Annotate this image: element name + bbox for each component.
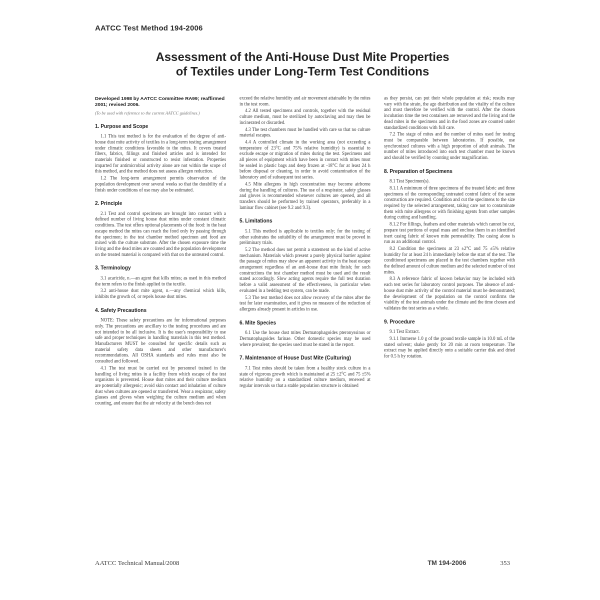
- paragraph: 9.1.1 Immerse 1.0 g of the ground textil…: [384, 336, 515, 359]
- paragraph: 4.3 The test chambers must be handled wi…: [240, 127, 371, 139]
- section-heading: 4. Safety Precautions: [95, 308, 226, 314]
- doc-header-label: AATCC Test Method 194-2006: [95, 24, 203, 33]
- section-heading: 6. Mite Species: [240, 320, 371, 326]
- section-heading: 3. Terminology: [95, 266, 226, 272]
- document-page: AATCC Test Method 194-2006 Assessment of…: [0, 0, 600, 600]
- section-heading: 1. Purpose and Scope: [95, 124, 226, 130]
- paragraph: 4.1 The test must be carried out by pers…: [95, 366, 226, 407]
- footer-doc-number: TM 194-2006: [428, 559, 467, 567]
- page-body: AATCC Test Method 194-2006 Assessment of…: [0, 0, 600, 600]
- paragraph: 8.3 A reference fabric of known behavior…: [384, 277, 515, 312]
- text-column-2: exceed the relative humidity and air mov…: [240, 96, 371, 554]
- section-heading: 2. Principle: [95, 201, 226, 207]
- paragraph: 8.1.1 A minimum of three specimens of th…: [384, 186, 515, 221]
- doc-title: Assessment of the Anti-House Dust Mite P…: [95, 50, 510, 79]
- section-heading: 5. Limitations: [240, 219, 371, 225]
- text-columns: Developed 1998 by AATCC Committee RA99; …: [0, 96, 600, 554]
- revision-note: (To be used with reference to the curren…: [95, 111, 226, 117]
- paragraph: 9.1 Test Extract.: [384, 330, 515, 336]
- section-heading: 7. Maintenance of House Dust Mite (Cultu…: [240, 356, 371, 362]
- text-column-3: as they persist, can put their whole pop…: [384, 96, 515, 554]
- doc-footer: AATCC Technical Manual/2008 TM 194-2006 …: [95, 559, 510, 567]
- paragraph-continued: exceed the relative humidity and air mov…: [240, 96, 371, 108]
- paragraph: 8.1.2 For fillings, feathers and other m…: [384, 222, 515, 245]
- paragraph: 4.4 A controlled climate in the working …: [240, 140, 371, 181]
- footer-manual-label: AATCC Technical Manual/2008: [95, 559, 179, 567]
- paragraph: 1.1 This test method is for the evaluati…: [95, 134, 226, 175]
- section-heading: 8. Preparation of Specimens: [384, 169, 515, 175]
- paragraph: 8.2 Condition the specimens at 23 ±2°C a…: [384, 246, 515, 275]
- paragraph-continued: as they persist, can put their whole pop…: [384, 96, 515, 131]
- paragraph: 2.1 Test and control specimens are broug…: [95, 211, 226, 258]
- paragraph: 8.1 Test Specimen(s).: [384, 179, 515, 185]
- paragraph: 5.1 This method is applicable to textile…: [240, 229, 371, 247]
- text-column-1: Developed 1998 by AATCC Committee RA99; …: [95, 96, 226, 554]
- paragraph: NOTE: These safety precautions are for i…: [95, 318, 226, 365]
- footer-page-number: 353: [500, 559, 510, 567]
- paragraph: 4.5 Mite allergens in high concentration…: [240, 182, 371, 211]
- section-heading: 9. Procedure: [384, 319, 515, 325]
- credit-line: Developed 1998 by AATCC Committee RA99; …: [95, 96, 226, 108]
- paragraph: 7.2 The stage of mites and the number of…: [384, 132, 515, 161]
- paragraph: 5.3 The test method does not allow recov…: [240, 295, 371, 313]
- paragraph: 6.1 Use the house dust mites Dermatophag…: [240, 331, 371, 349]
- paragraph: 5.2 The method does not permit a stateme…: [240, 247, 371, 294]
- doc-title-line2: of Textiles under Long-Term Test Conditi…: [95, 65, 510, 80]
- paragraph: 3.2 anti-house dust mite agent, n.—any c…: [95, 289, 226, 301]
- paragraph: 1.2 The long-term arrangement permits ob…: [95, 176, 226, 194]
- doc-title-line1: Assessment of the Anti-House Dust Mite P…: [95, 50, 510, 65]
- paragraph: 4.2 All tested specimens and controls, t…: [240, 109, 371, 127]
- paragraph: 3.1 acaricide, n.—an agent that kills mi…: [95, 276, 226, 288]
- paragraph: 7.1 Test mites should be taken from a he…: [240, 366, 371, 389]
